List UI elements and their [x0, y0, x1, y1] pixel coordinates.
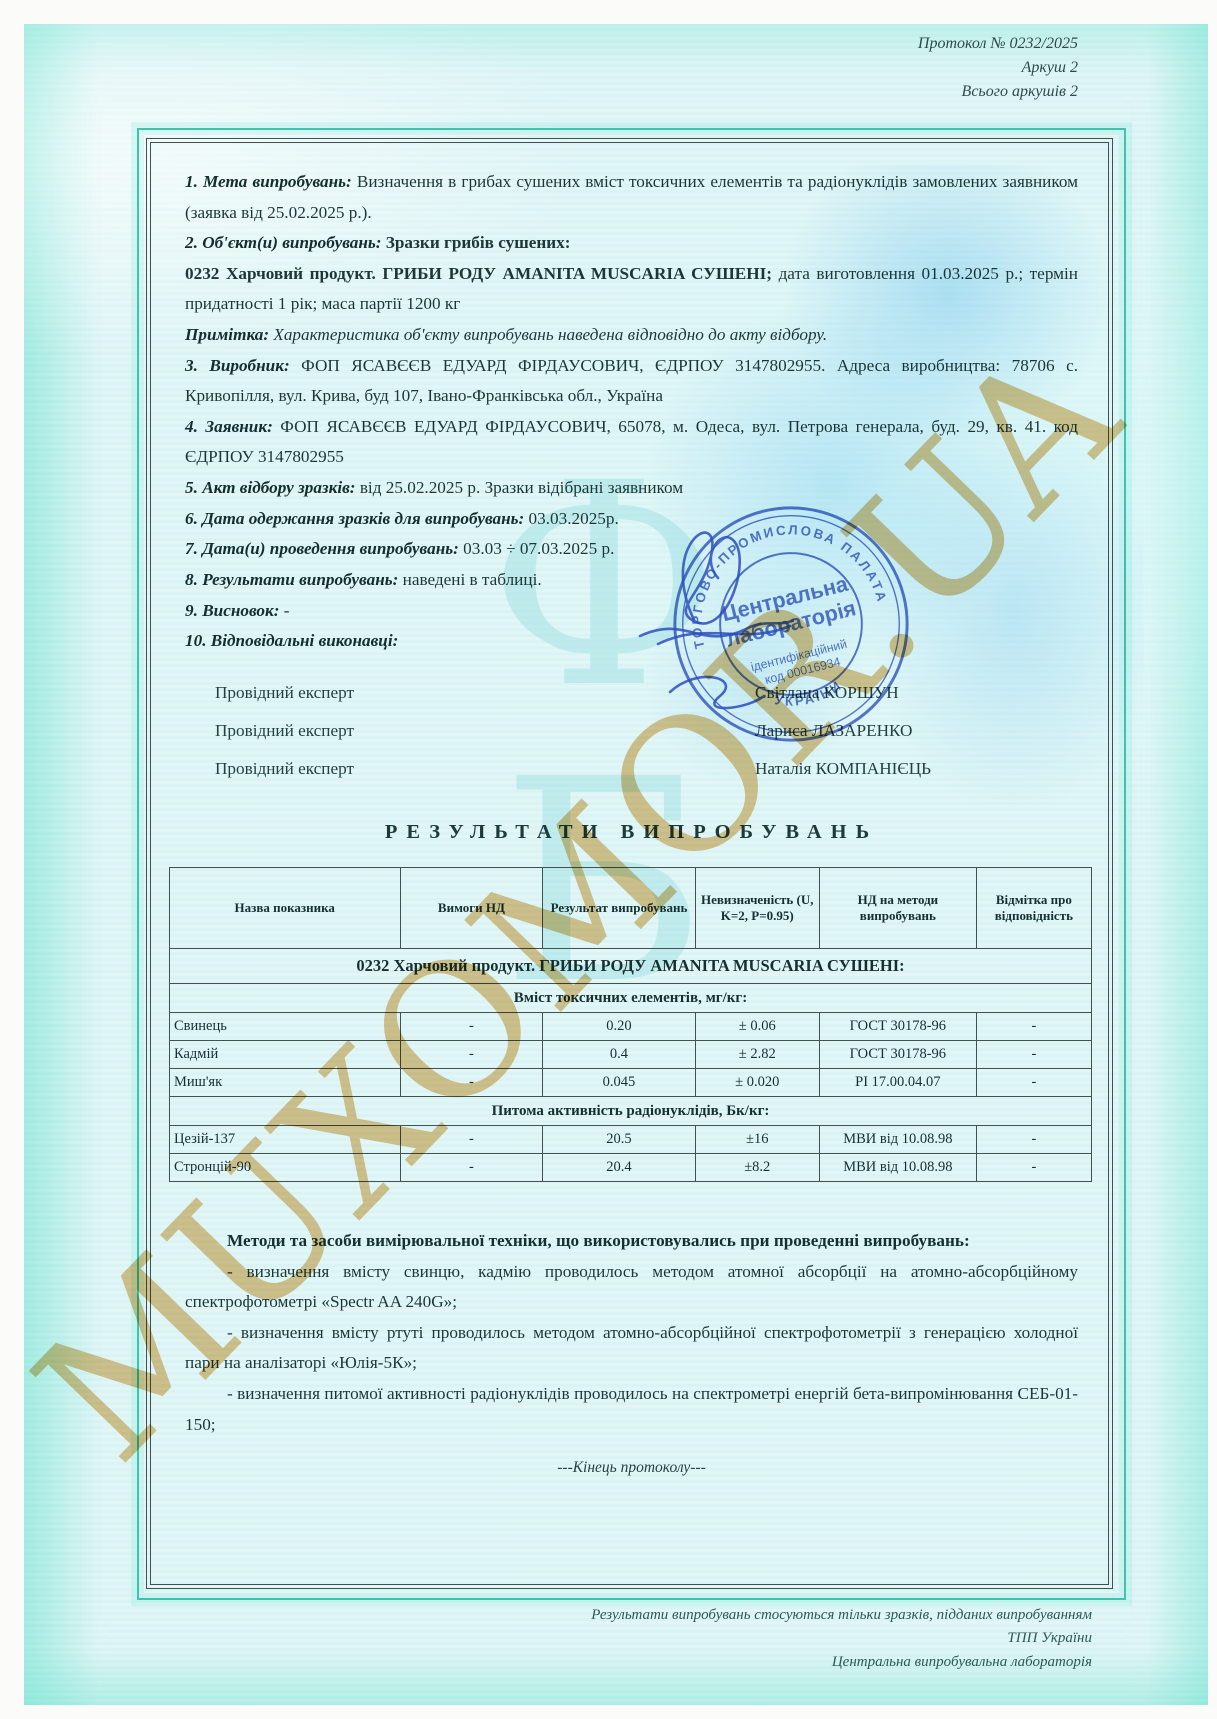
expert-role: Провідний експерт: [215, 681, 635, 704]
item-conclusion: 9. Висновок: -: [185, 596, 1078, 627]
signature-row: Провідний експерт Світлана КОРШУН: [215, 681, 1078, 704]
item-note: Примітка: Характеристика об'єкту випробу…: [185, 320, 1078, 351]
footer-disclaimer: Результати випробувань стосуються тільки…: [591, 1604, 1092, 1627]
table-cell: Цезій-137: [170, 1125, 401, 1153]
methods-heading: Методи та засоби вимірювальної техніки, …: [185, 1226, 1078, 1257]
col-header-uncertainty: Невизначеність (U, K=2, P=0.95): [695, 867, 819, 948]
methods-section: Методи та засоби вимірювальної техніки, …: [185, 1226, 1078, 1440]
table-cell: 0.045: [543, 1068, 695, 1096]
table-cell: ±16: [695, 1125, 819, 1153]
expert-name: Світлана КОРШУН: [755, 681, 899, 704]
item-receipt-date: 6. Дата одержання зразків для випробуван…: [185, 504, 1078, 535]
table-cell: МВИ від 10.08.98: [820, 1125, 977, 1153]
item-product: 0232 Харчовий продукт. ГРИБИ РОДУ AMANIT…: [185, 259, 1078, 320]
item-purpose: 1. Мета випробувань: Визначення в грибах…: [185, 167, 1078, 228]
table-cell: РІ 17.00.04.07: [820, 1068, 977, 1096]
section-title: Питома активність радіонуклідів, Бк/кг:: [170, 1096, 1092, 1125]
sheet-number: Аркуш 2: [918, 56, 1078, 80]
col-header-result: Результат випробувань: [543, 867, 695, 948]
table-cell: -: [976, 1012, 1091, 1040]
table-cell: МВИ від 10.08.98: [820, 1153, 977, 1181]
table-cell: -: [400, 1040, 543, 1068]
method-item: - визначення вмісту свинцю, кадмію прово…: [185, 1257, 1078, 1318]
table-cell: -: [400, 1068, 543, 1096]
table-cell: ± 2.82: [695, 1040, 819, 1068]
expert-role: Провідний експерт: [215, 719, 635, 742]
scanned-document-paper: Протокол № 0232/2025 Аркуш 2 Всього арку…: [24, 24, 1208, 1705]
end-of-protocol-line: ---Кінець протоколу---: [185, 1454, 1078, 1482]
table-cell: Миш'як: [170, 1068, 401, 1096]
total-sheets: Всього аркушів 2: [918, 80, 1078, 104]
table-row: Свинець - 0.20 ± 0.06 ГОСТ 30178-96 -: [170, 1012, 1092, 1040]
expert-name: Лариса ЛАЗАРЕНКО: [755, 719, 912, 742]
table-header-row: Назва показника Вимоги НД Результат випр…: [170, 867, 1092, 948]
item-sampling-act: 5. Акт відбору зразків: від 25.02.2025 р…: [185, 473, 1078, 504]
table-cell: ± 0.06: [695, 1012, 819, 1040]
table-cell: -: [400, 1125, 543, 1153]
table-cell: 0.4: [543, 1040, 695, 1068]
product-span-row: 0232 Харчовий продукт. ГРИБИ РОДУ AMANIT…: [170, 948, 1092, 983]
protocol-body: 1. Мета випробувань: Визначення в грибах…: [150, 142, 1109, 1585]
table-cell: 20.4: [543, 1153, 695, 1181]
table-row: Миш'як - 0.045 ± 0.020 РІ 17.00.04.07 -: [170, 1068, 1092, 1096]
table-cell: ± 0.020: [695, 1068, 819, 1096]
table-cell: -: [976, 1040, 1091, 1068]
table-cell: Кадмій: [170, 1040, 401, 1068]
col-header-requirements: Вимоги НД: [400, 867, 543, 948]
table-row: Цезій-137 - 20.5 ±16 МВИ від 10.08.98 -: [170, 1125, 1092, 1153]
footer-laboratory: Центральна випробувальна лабораторія: [591, 1651, 1092, 1674]
method-item: - визначення вмісту ртуті проводилось ме…: [185, 1318, 1078, 1379]
results-title: РЕЗУЛЬТАТИ ВИПРОБУВАНЬ: [185, 814, 1078, 850]
signature-row: Провідний експерт Наталія КОМПАНІЄЦЬ: [215, 757, 1078, 780]
signature-row: Провідний експерт Лариса ЛАЗАРЕНКО: [215, 719, 1078, 742]
table-cell: 20.5: [543, 1125, 695, 1153]
section-span-row: Питома активність радіонуклідів, Бк/кг:: [170, 1096, 1092, 1125]
expert-role: Провідний експерт: [215, 757, 635, 780]
table-cell: -: [976, 1068, 1091, 1096]
section-title: Вміст токсичних елементів, мг/кг:: [170, 983, 1092, 1012]
table-cell: ГОСТ 30178-96: [820, 1012, 977, 1040]
col-header-method: НД на методи випробувань: [820, 867, 977, 948]
protocol-number: Протокол № 0232/2025: [918, 32, 1078, 56]
col-header-conformity: Відмітка про відповідність: [976, 867, 1091, 948]
table-cell: ±8.2: [695, 1153, 819, 1181]
item-manufacturer: 3. Виробник: ФОП ЯСАВЄЄВ ЕДУАРД ФІРДАУСО…: [185, 351, 1078, 412]
table-cell: Стронцій-90: [170, 1153, 401, 1181]
table-cell: -: [400, 1153, 543, 1181]
table-cell: -: [976, 1153, 1091, 1181]
expert-name: Наталія КОМПАНІЄЦЬ: [755, 757, 931, 780]
table-cell: -: [400, 1012, 543, 1040]
table-cell: Свинець: [170, 1012, 401, 1040]
item-results-ref: 8. Результати випробувань: наведені в та…: [185, 565, 1078, 596]
item-test-dates: 7. Дата(и) проведення випробувань: 03.03…: [185, 534, 1078, 565]
page-footer: Результати випробувань стосуються тільки…: [591, 1604, 1092, 1674]
signature-block: Провідний експерт Світлана КОРШУН Провід…: [215, 681, 1078, 781]
item-executors: 10. Відповідальні виконавці:: [185, 626, 1078, 657]
product-title: 0232 Харчовий продукт. ГРИБИ РОДУ AMANIT…: [170, 948, 1092, 983]
col-header-indicator: Назва показника: [170, 867, 401, 948]
table-row: Кадмій - 0.4 ± 2.82 ГОСТ 30178-96 -: [170, 1040, 1092, 1068]
page-header: Протокол № 0232/2025 Аркуш 2 Всього арку…: [918, 32, 1078, 104]
table-cell: 0.20: [543, 1012, 695, 1040]
results-table: Назва показника Вимоги НД Результат випр…: [169, 867, 1092, 1182]
table-cell: ГОСТ 30178-96: [820, 1040, 977, 1068]
footer-organization: ТПП України: [591, 1627, 1092, 1650]
table-cell: -: [976, 1125, 1091, 1153]
method-item: - визначення питомої активності радіонук…: [185, 1379, 1078, 1440]
section-span-row: Вміст токсичних елементів, мг/кг:: [170, 983, 1092, 1012]
table-row: Стронцій-90 - 20.4 ±8.2 МВИ від 10.08.98…: [170, 1153, 1092, 1181]
item-applicant: 4. Заявник: ФОП ЯСАВЄЄВ ЕДУАРД ФІРДАУСОВ…: [185, 412, 1078, 473]
item-object: 2. Об'єкт(и) випробувань: Зразки грибів …: [185, 228, 1078, 259]
